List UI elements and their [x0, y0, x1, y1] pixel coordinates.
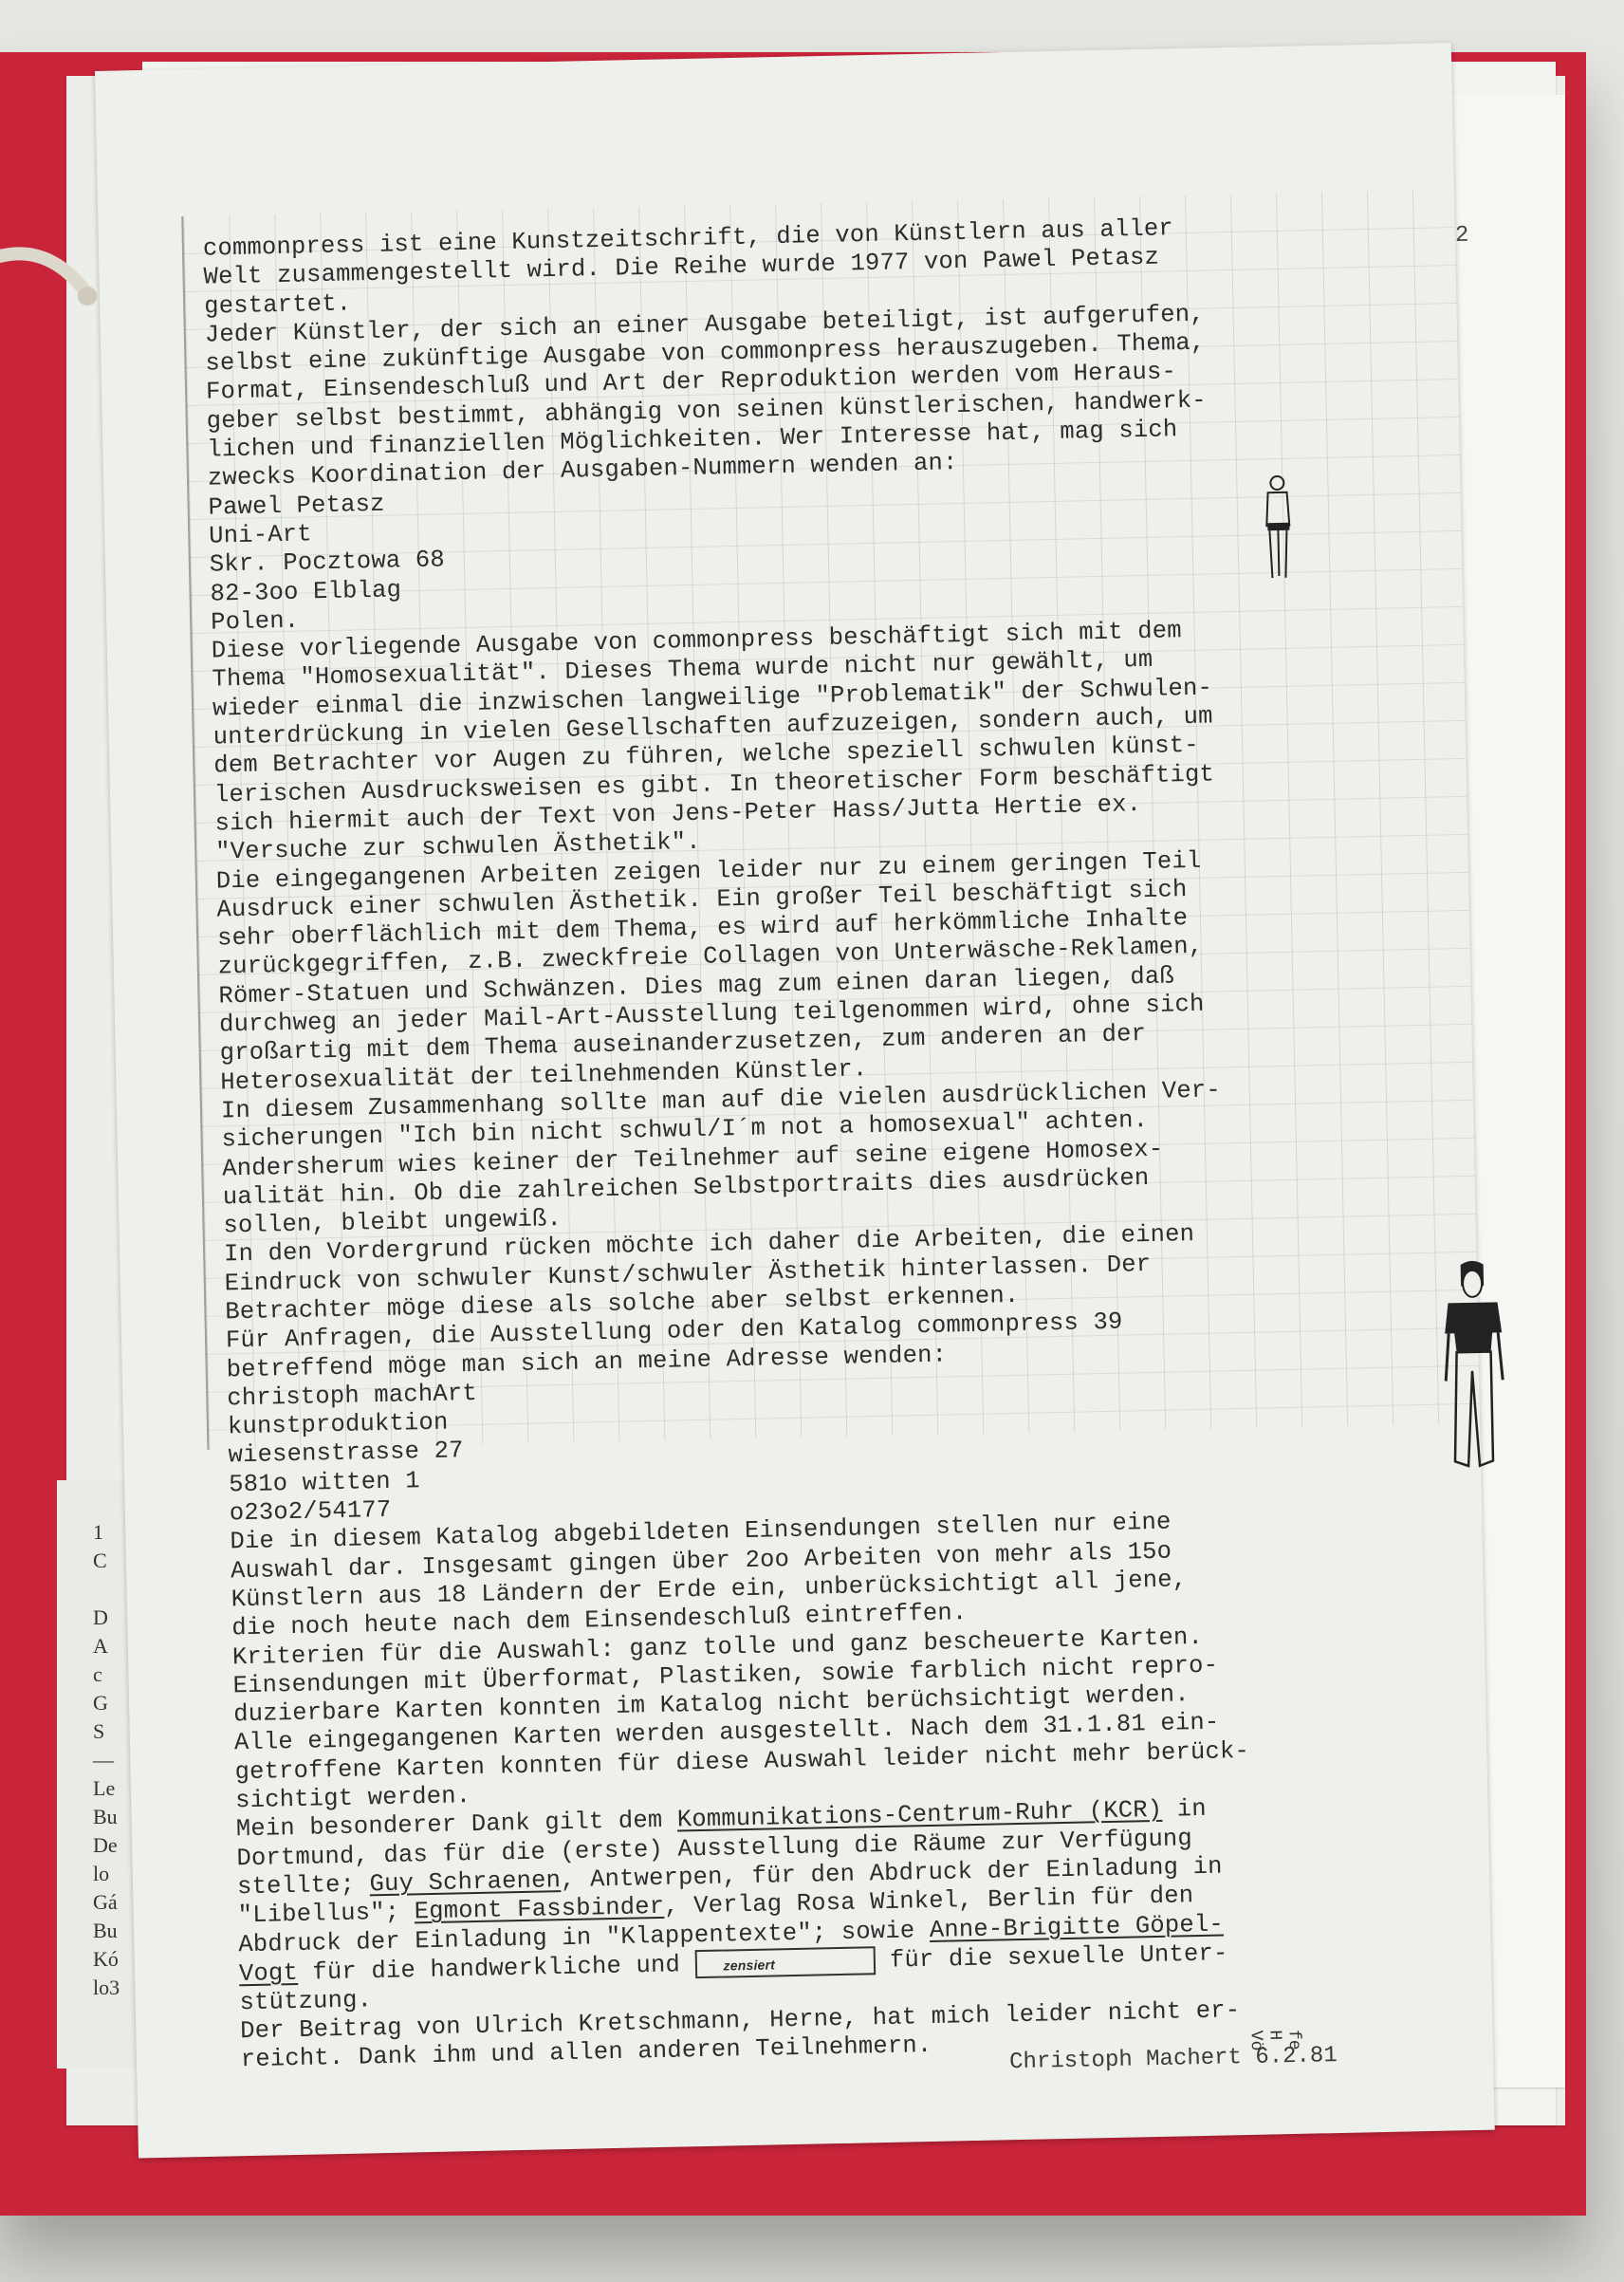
underlying-page-text: 1 C D A c G S — Le Bu De lo Gá Bu Kó lo3: [93, 1518, 120, 2002]
censored-stamp: zensiert: [694, 1946, 876, 1978]
underlined-name: Vogt: [239, 1959, 299, 1988]
text: stellte;: [237, 1870, 370, 1901]
text: in: [1162, 1795, 1207, 1824]
page-number: 2: [1455, 223, 1469, 249]
text: "Libellus";: [237, 1899, 415, 1930]
document-page: 2 commonpress ist eine Kunstzeitschrift,…: [95, 43, 1495, 2158]
standing-man-icon: [1256, 473, 1301, 584]
binding-string-icon: [0, 228, 104, 323]
paragraphs: commonpress ist eine Kunstzeitschrift, d…: [203, 209, 1469, 1815]
side-note: fe H Vö: [1246, 2030, 1303, 2051]
underlined-name: Guy Schraenen: [369, 1866, 561, 1898]
standing-man-shirt-icon: [1434, 1256, 1515, 1476]
underlined-name: Egmont Fassbinder: [414, 1893, 664, 1926]
text: für die sexuelle Unter-: [875, 1939, 1228, 1975]
underlined-name: Anne-Brigitte Göpel-: [930, 1910, 1225, 1943]
